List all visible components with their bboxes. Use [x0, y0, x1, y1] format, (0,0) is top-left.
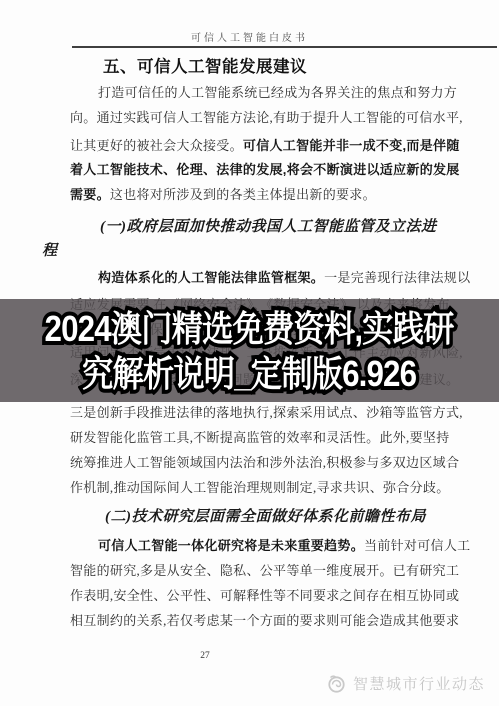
text-run: 智能的研究,多是从安全、隐私、公平等单一维度展开。已有研究工 [70, 563, 459, 578]
paragraph-line: 作机制,推动国际间人工智能治理规则制定,寻求共识、弥合分歧。 [70, 476, 450, 500]
text-run-bold: 可信人工智能一体化研究将是未来重要趋势。 [98, 538, 364, 553]
paragraph-line: 着人工智能技术、伦理、法律的发展,将会不断演进以适应新的发展 [70, 158, 460, 182]
paragraph-line: 需要。这也将对所涉及到的各类主体提出新的要求。 [70, 183, 376, 207]
overlay-band [0, 299, 499, 402]
paragraph-line: 统筹推进人工智能领域国内法治和涉外法治,积极参与多双边区域合 [70, 451, 459, 475]
paragraph-line: 智能的研究,多是从安全、隐私、公平等单一维度展开。已有研究工 [70, 559, 459, 583]
page-number: 27 [0, 651, 410, 661]
text-run: 作表明,安全性、公平性、可解释性等不同要求之间存在相互协同或 [70, 588, 459, 603]
document-page: 可信人工智能白皮书 五、可信人工智能发展建议 打造可信任的人工智能系统已经成为各… [0, 0, 499, 706]
paragraph-line: 作表明,安全性、公平性、可解释性等不同要求之间存在相互协同或 [70, 584, 459, 608]
text-run: 三是创新手段推进法律的落地执行,探索采用试点、沙箱等监管方式, [70, 405, 463, 420]
text-run-bold: 可信人工智能并非一成不变,而是伴随 [243, 138, 460, 153]
text-run: 统筹推进人工智能领域国内法治和涉外法治,积极参与多双边区域合 [70, 455, 459, 470]
text-run: 向。通过实践可信人工智能方法论,有助于提升人工智能的可信水平, [70, 110, 463, 125]
subsection-heading-1-line1: (一)政府层面加快推动我国人工智能监管及立法进 [100, 215, 437, 239]
watermark: 智慧城市行业动态 [326, 673, 485, 694]
subsection-heading-2: (二)技术研究层面需全面做好体系化前瞻性布局 [105, 505, 426, 529]
text-run: 打造可信任的人工智能系统已经成为各界关注的焦点和努力方 [98, 85, 457, 100]
subsection-heading-1-line2: 程 [42, 239, 58, 263]
paragraph-line: 三是创新手段推进法律的落地执行,探索采用试点、沙箱等监管方式, [70, 401, 463, 425]
text-run-bold: 构造体系化的人工智能法律监管框架。 [98, 270, 324, 285]
paragraph-line: 打造可信任的人工智能系统已经成为各界关注的焦点和努力方 [98, 81, 457, 105]
watermark-logo-icon [326, 673, 347, 694]
text-run-bold: 需要。 [70, 187, 110, 202]
paragraph-line: 研发智能化监管工具,不断提高监管的效率和灵活性。此外,要坚持 [70, 426, 450, 450]
text-run: 相互制约的关系,若仅考虑某一个方面的要求则可能会造成其他要求 [70, 613, 459, 628]
paragraph-line: 可信人工智能一体化研究将是未来重要趋势。当前针对可信人工 [98, 534, 470, 558]
text-run: 研发智能化监管工具,不断提高监管的效率和灵活性。此外,要坚持 [70, 430, 450, 445]
paragraph-line: 构造体系化的人工智能法律监管框架。一是完善现行法律法规以 [98, 266, 470, 290]
watermark-label: 智慧城市行业动态 [353, 673, 485, 694]
header-rule [72, 46, 497, 48]
text-run: 让其更好的被社会大众接受。 [70, 138, 243, 153]
paragraph-line: 让其更好的被社会大众接受。可信人工智能并非一成不变,而是伴随 [70, 134, 460, 158]
text-run: 作机制,推动国际间人工智能治理规则制定,寻求共识、弥合分歧。 [70, 480, 450, 495]
text-run-bold: 着人工智能技术、伦理、法律的发展,将会不断演进以适应新的发展 [70, 162, 460, 177]
paragraph-line: 向。通过实践可信人工智能方法论,有助于提升人工智能的可信水平, [70, 106, 463, 130]
running-header: 可信人工智能白皮书 [0, 29, 499, 44]
paragraph-line: 相互制约的关系,若仅考虑某一个方面的要求则可能会造成其他要求 [70, 609, 459, 633]
text-run: 这也将对所涉及到的各类主体提出新的要求。 [110, 187, 376, 202]
text-run: 当前针对可信人工 [364, 538, 470, 553]
text-run: 一是完善现行法律法规以 [324, 270, 470, 285]
section-heading: 五、可信人工智能发展建议 [103, 55, 307, 79]
